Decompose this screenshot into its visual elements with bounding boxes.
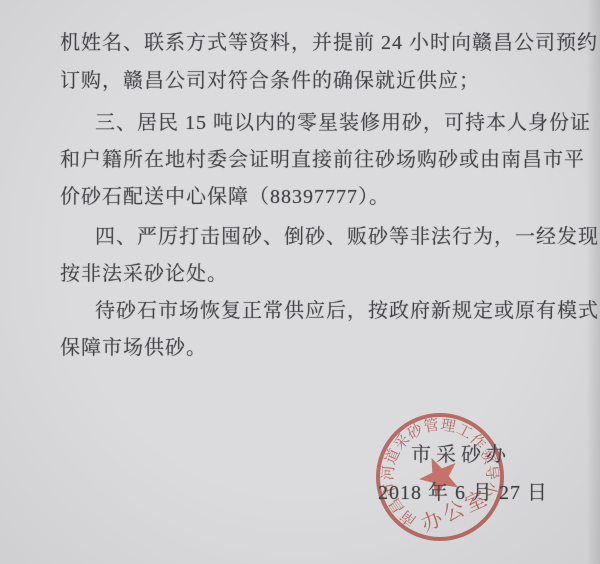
document-line: 和户籍所在地村委会证明直接前往砂场购砂或由南昌市平	[60, 147, 585, 173]
document-line: 三、居民 15 吨以内的零星装修用砂，可持本人身份证	[95, 110, 591, 136]
date-text: 2018 年 6 月 27 日	[378, 476, 548, 505]
document-line: 保障市场供砂。	[60, 335, 207, 361]
document-line: 订购，赣昌公司对符合条件的确保就近供应；	[60, 68, 480, 94]
document-line: 机姓名、联系方式等资料，并提前 24 小时向赣昌公司预约	[60, 30, 598, 56]
document-line: 四、严厉打击囤砂、倒砂、贩砂等非法行为，一经发现	[95, 224, 599, 250]
document-line: 价砂石配送中心保障（88397777）。	[60, 184, 390, 210]
document-line: 按非法采砂论处。	[60, 261, 228, 287]
document-line: 待砂石市场恢复正常供应后，按政府新规定或原有模式	[95, 298, 599, 324]
signer-text: 市采砂办	[411, 438, 511, 467]
document-photo: 机姓名、联系方式等资料，并提前 24 小时向赣昌公司预约 订购，赣昌公司对符合条…	[0, 0, 600, 564]
